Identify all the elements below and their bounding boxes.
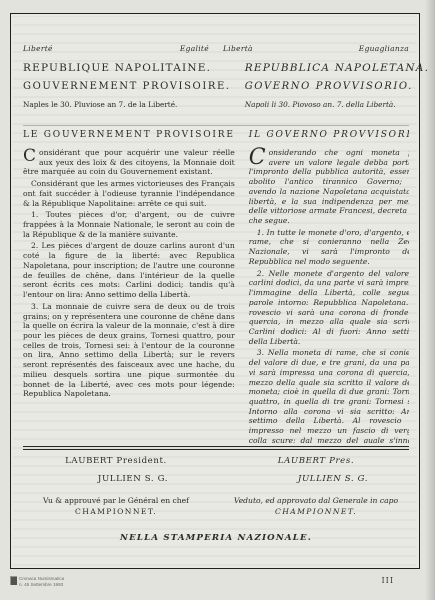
- motto-egalite: Egalité: [180, 44, 209, 53]
- approval-french: Vu & approuvé par le Général en chef CHA…: [23, 496, 209, 517]
- signatures-italian: LAUBERT Pres. JULLIEN S. G. Veduto, ed a…: [223, 456, 409, 517]
- journal-logo-icon: [10, 576, 17, 585]
- paragraph: Considérant que pour acquérir une valeur…: [23, 148, 235, 177]
- motto-band: Liberté Egalité Libertà Eguaglianza: [23, 44, 409, 53]
- paragraph-text: onsidérant que pour acquérir une valeur …: [23, 148, 235, 176]
- italian-masthead: REPUBBLICA NAPOLETANA. GOVERNO PROVVISOR…: [245, 62, 429, 109]
- signature-president: LAUBERT Pres.: [223, 456, 409, 466]
- paragraph: 2. Nelle monete d'argento del valore di …: [249, 269, 409, 347]
- french-column: LE GOUVERNEMENT PROVISOIRE Considérant q…: [23, 130, 235, 443]
- italian-column: IL GOVERNO PROVVISORIO Considerando che …: [249, 130, 409, 443]
- drop-cap: C: [23, 148, 39, 163]
- motto-row-french: Liberté Egalité: [23, 44, 209, 53]
- paragraph: Considérant que les armes victorieuses d…: [23, 179, 235, 208]
- section-title-french: LE GOUVERNEMENT PROVISOIRE: [23, 130, 235, 140]
- document-border-frame: Liberté Egalité Libertà Eguaglianza REPU…: [10, 13, 420, 569]
- page-number: III: [382, 576, 394, 585]
- scanned-page: Liberté Egalité Libertà Eguaglianza REPU…: [0, 0, 435, 600]
- journal-footer: Cronaca Numismatica n. 45 Settembre 1993…: [10, 576, 420, 587]
- subtitle-french: GOUVERNEMENT PROVISOIRE.: [23, 81, 231, 92]
- motto-eguaglianza: Eguaglianza: [359, 44, 409, 53]
- dateline-french: Naples le 30. Pluviose an 7. de la Liber…: [23, 100, 231, 109]
- dateline-italian: Napoli li 30. Piovoso an. 7. della Liber…: [245, 100, 429, 109]
- motto-liberta: Libertà: [223, 44, 253, 53]
- journal-issue: n. 45 Settembre 1993: [19, 582, 64, 588]
- divider-rule: [23, 125, 409, 126]
- signature-secretary: JULLIEN S. G.: [23, 474, 209, 484]
- paragraph: 2. Les pièces d'argent de douze carlins …: [23, 241, 235, 299]
- signature-block: LAUBERT President. JULLIEN S. G. Vu & ap…: [23, 456, 409, 517]
- paragraph: 1. In tutte le monete d'oro, d'argento, …: [249, 228, 409, 267]
- french-masthead: REPUBLIQUE NAPOLITAINE. GOUVERNEMENT PRO…: [23, 62, 231, 109]
- approval-line: Veduto, ed approvato dal Generale in cap…: [223, 496, 409, 506]
- decree-body: LE GOUVERNEMENT PROVISOIRE Considérant q…: [23, 130, 409, 443]
- paragraph: 1. Toutes pièces d'or, d'argent, ou de c…: [23, 210, 235, 239]
- signature-president: LAUBERT President.: [23, 456, 209, 466]
- paragraph-text: onsiderando che ogni moneta per avere un…: [249, 148, 409, 225]
- drop-cap: C: [249, 148, 269, 166]
- title-french: REPUBLIQUE NAPOLITAINE.: [23, 62, 231, 74]
- double-rule: [23, 446, 409, 450]
- motto-row-italian: Libertà Eguaglianza: [223, 44, 409, 53]
- printer-imprint: NELLA STAMPERIA NAZIONALE.: [23, 533, 409, 543]
- motto-liberte: Liberté: [23, 44, 53, 53]
- approval-general: CHAMPIONNET.: [23, 507, 209, 517]
- journal-text: Cronaca Numismatica n. 45 Settembre 1993: [19, 576, 64, 587]
- section-title-italian: IL GOVERNO PROVVISORIO: [249, 130, 409, 140]
- title-italian: REPUBBLICA NAPOLETANA.: [245, 62, 429, 74]
- title-band: REPUBLIQUE NAPOLITAINE. GOUVERNEMENT PRO…: [23, 62, 409, 109]
- signature-secretary: JULLIEN S. G.: [223, 474, 409, 484]
- signatures-french: LAUBERT President. JULLIEN S. G. Vu & ap…: [23, 456, 209, 517]
- paragraph: 3. La monnaie de cuivre sera de deux ou …: [23, 302, 235, 399]
- paragraph: 3. Nella moneta di rame, che si conierà,…: [249, 348, 409, 443]
- journal-credit: Cronaca Numismatica n. 45 Settembre 1993: [10, 576, 64, 587]
- approval-line: Vu & approuvé par le Général en chef: [23, 496, 209, 506]
- journal-name: Cronaca Numismatica: [19, 576, 64, 582]
- subtitle-italian: GOVERNO PROVVISORIO.: [245, 81, 429, 92]
- paragraph: Considerando che ogni moneta per avere u…: [249, 148, 409, 226]
- approval-italian: Veduto, ed approvato dal Generale in cap…: [223, 496, 409, 517]
- approval-general: CHAMPIONNET.: [223, 507, 409, 517]
